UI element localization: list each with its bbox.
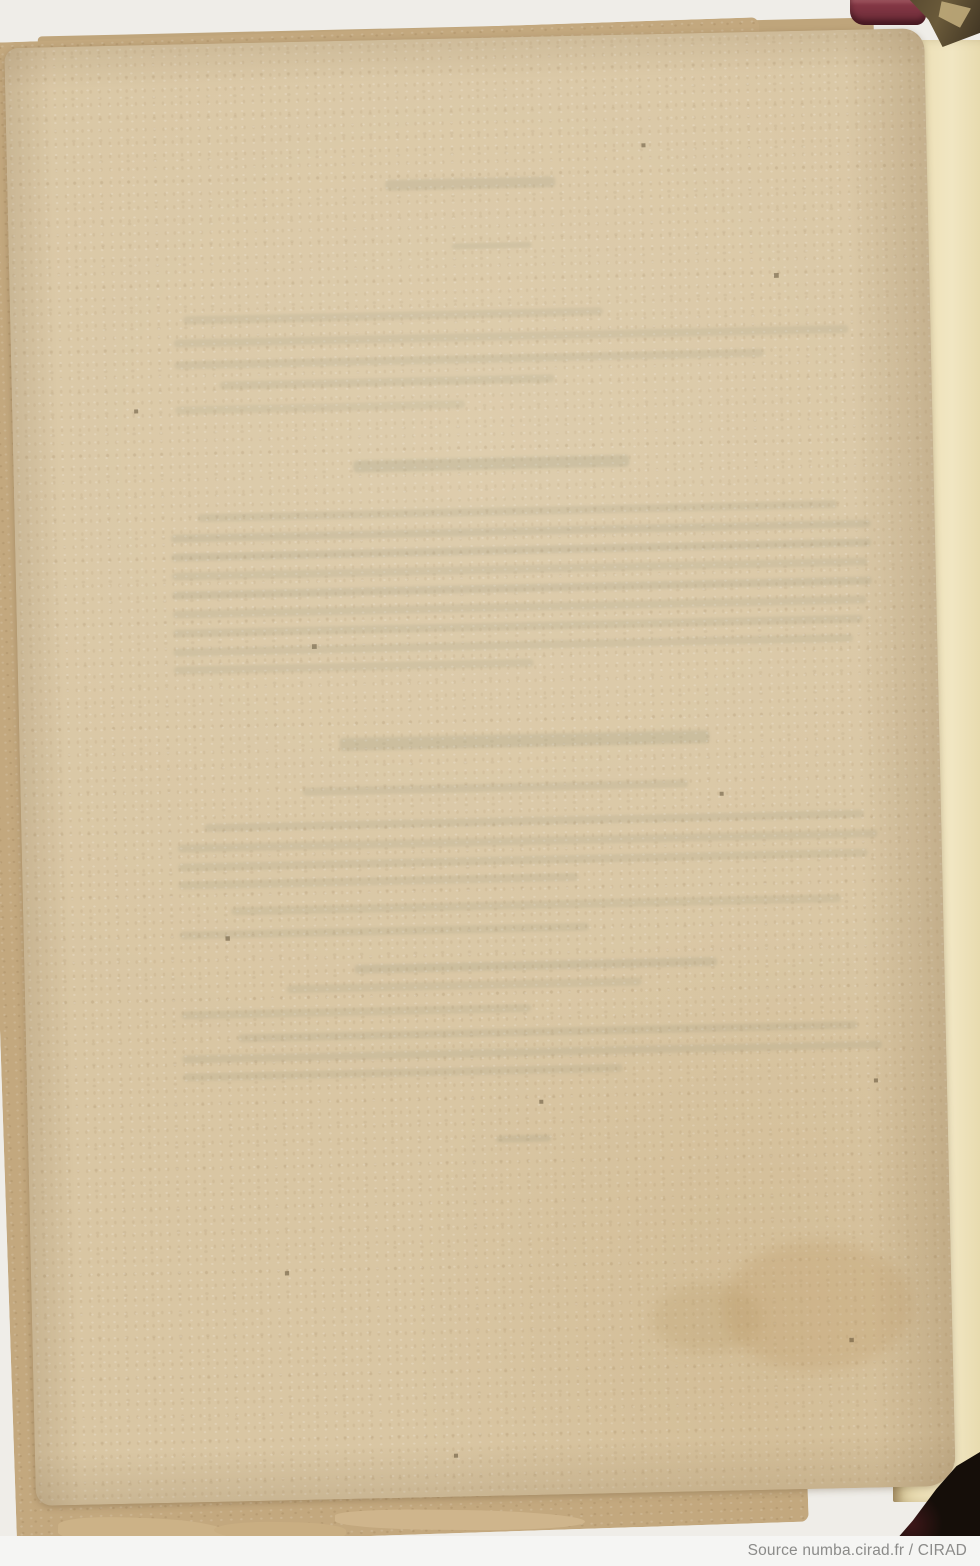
ghost-text-line: [181, 1004, 531, 1020]
ghost-text-line: [353, 455, 629, 473]
ghost-text-line: [238, 1021, 858, 1043]
ghost-text-line: [172, 557, 868, 580]
ghost-text-line: [175, 400, 465, 414]
ghost-text-line: [178, 873, 578, 890]
paper-specks: [4, 48, 6, 50]
ghost-text-line: [173, 596, 867, 619]
ghost-text-line: [174, 349, 764, 370]
ink-bleed-through: [4, 28, 956, 1506]
ghost-text-line: [302, 779, 688, 795]
ghost-text-line: [496, 1135, 551, 1143]
scanned-book-page: Source numba.cirad.fr / CIRAD: [0, 0, 980, 1566]
ghost-text-line: [171, 538, 871, 561]
ghost-text-line: [174, 659, 534, 675]
blank-page: [4, 28, 956, 1506]
ghost-text-line: [287, 978, 642, 994]
attribution-text: Source numba.cirad.fr / CIRAD: [748, 1542, 967, 1560]
ghost-text-line: [385, 176, 555, 191]
ghost-text-line: [452, 242, 532, 250]
attribution-bar: Source numba.cirad.fr / CIRAD: [0, 1536, 980, 1566]
ghost-text-line: [183, 307, 603, 324]
ghost-text-line: [220, 374, 555, 389]
ghost-text-line: [354, 957, 717, 974]
ghost-text-line: [339, 730, 709, 751]
ghost-text-line: [171, 519, 871, 542]
ghost-text-line: [173, 615, 863, 638]
ghost-text-line: [197, 500, 837, 522]
ghost-text-line: [182, 1040, 882, 1063]
ghost-text-line: [172, 576, 872, 599]
ghost-text-line: [178, 829, 878, 852]
ghost-text-line: [173, 634, 853, 657]
ghost-text-line: [183, 1064, 623, 1082]
ghost-text-line: [174, 325, 849, 348]
ghost-text-line: [178, 849, 868, 872]
ghost-text-line: [180, 923, 590, 940]
ghost-text-line: [231, 894, 841, 915]
ghost-text-line: [204, 810, 864, 832]
